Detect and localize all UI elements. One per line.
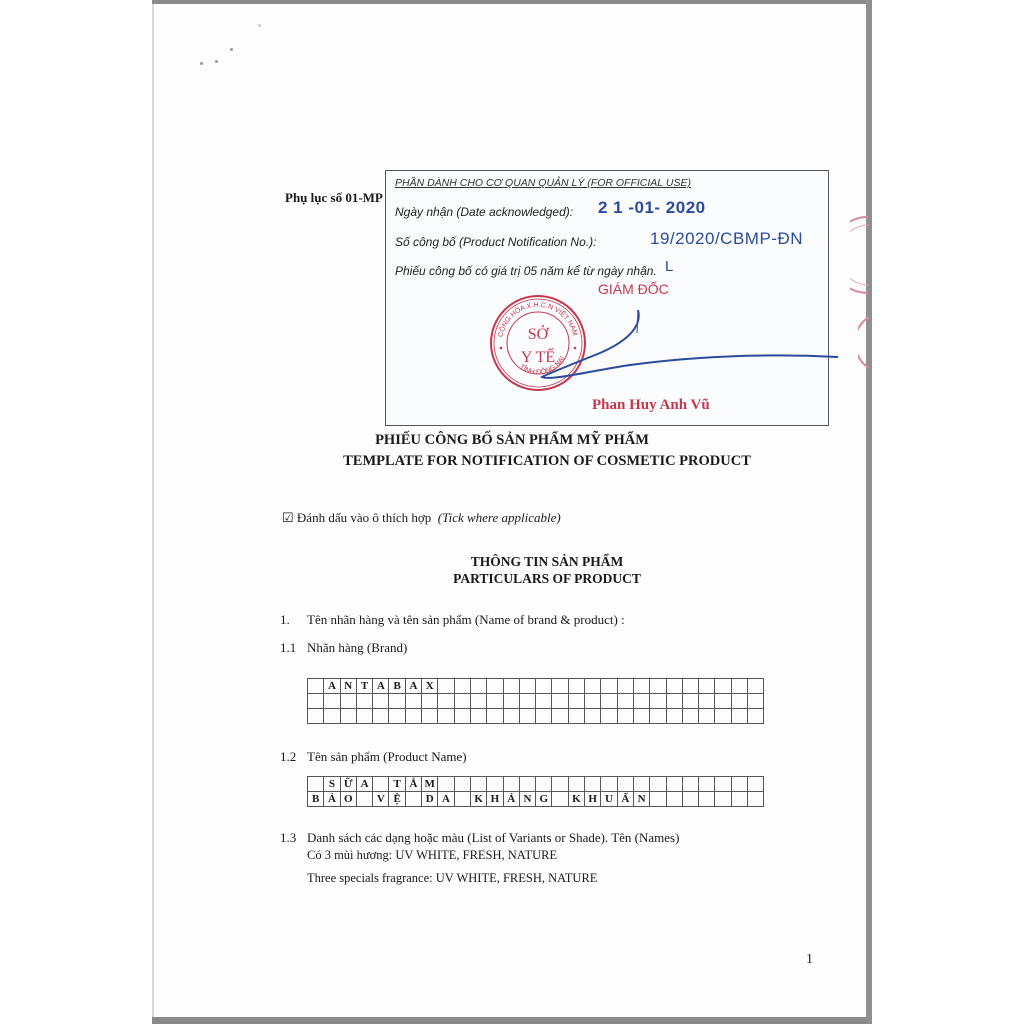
tick-note: ☑ Đánh dấu vào ô thích hợp (Tick where a…: [282, 510, 561, 526]
grid-cell: [715, 792, 731, 807]
grid-cell: [340, 694, 356, 709]
grid-cell: [503, 694, 519, 709]
grid-cell: [536, 679, 552, 694]
title-vietnamese: PHIẾU CÔNG BỐ SẢN PHẨM MỸ PHẨM: [0, 432, 1024, 449]
grid-cell: [503, 679, 519, 694]
grid-cell: [731, 777, 747, 792]
grid-cell: [503, 709, 519, 724]
grid-cell: [748, 694, 764, 709]
notification-number-label: Số công bố (Product Notification No.):: [395, 235, 596, 249]
grid-cell: [682, 694, 698, 709]
grid-cell: [633, 777, 649, 792]
grid-cell: [552, 709, 568, 724]
validity-text: Phiếu công bố có giá trị 05 năm kể từ ng…: [395, 264, 657, 278]
grid-cell: [519, 709, 535, 724]
grid-cell: X: [422, 679, 438, 694]
grid-cell: [373, 694, 389, 709]
grid-row: SỮATẮM: [308, 777, 764, 792]
grid-cell: [650, 709, 666, 724]
signature-icon: [520, 305, 840, 395]
item-1-2-number: 1.2: [280, 749, 296, 765]
grid-cell: [731, 679, 747, 694]
grid-cell: [422, 709, 438, 724]
grid-cell: [536, 709, 552, 724]
grid-cell: [568, 777, 584, 792]
grid-cell: [699, 792, 715, 807]
grid-cell: [308, 709, 324, 724]
grid-cell: [470, 694, 486, 709]
grid-cell: [748, 777, 764, 792]
grid-cell: [585, 694, 601, 709]
grid-cell: [682, 777, 698, 792]
page-number: 1: [806, 952, 813, 968]
grid-cell: [536, 777, 552, 792]
partial-seal-icon: [850, 215, 870, 295]
grid-cell: [617, 694, 633, 709]
grid-cell: [405, 709, 421, 724]
grid-cell: A: [373, 679, 389, 694]
grid-cell: [633, 694, 649, 709]
grid-row: BẢOVỆDAKHÁNGKHUẨN: [308, 792, 764, 807]
grid-cell: [666, 709, 682, 724]
grid-cell: [356, 694, 372, 709]
variants-english: Three specials fragrance: UV WHITE, FRES…: [307, 871, 597, 886]
grid-cell: T: [356, 679, 372, 694]
grid-cell: G: [536, 792, 552, 807]
grid-cell: [438, 777, 454, 792]
grid-cell: [585, 679, 601, 694]
brand-grid: ANTABAX: [307, 678, 764, 724]
grid-cell: H: [487, 792, 503, 807]
grid-cell: Ữ: [340, 777, 356, 792]
grid-cell: [748, 709, 764, 724]
grid-cell: O: [340, 792, 356, 807]
grid-cell: [715, 709, 731, 724]
grid-cell: N: [340, 679, 356, 694]
grid-cell: [438, 694, 454, 709]
grid-cell: [389, 694, 405, 709]
grid-cell: [699, 694, 715, 709]
grid-cell: V: [373, 792, 389, 807]
grid-cell: Ẩ: [617, 792, 633, 807]
section-title-english: PARTICULARS OF PRODUCT: [0, 571, 1024, 587]
grid-cell: [568, 679, 584, 694]
grid-cell: [308, 679, 324, 694]
grid-cell: [682, 709, 698, 724]
grid-cell: [324, 709, 340, 724]
grid-cell: [340, 709, 356, 724]
grid-cell: [454, 709, 470, 724]
grid-cell: [552, 694, 568, 709]
item-1-text: Tên nhãn hàng và tên sản phẩm (Name of b…: [307, 612, 625, 628]
item-1-1-text: Nhãn hàng (Brand): [307, 640, 407, 656]
grid-cell: [650, 694, 666, 709]
grid-cell: [308, 777, 324, 792]
grid-cell: [666, 679, 682, 694]
grid-cell: [438, 679, 454, 694]
grid-cell: [470, 679, 486, 694]
position-title: GIÁM ĐỐC: [598, 281, 669, 297]
grid-cell: [715, 679, 731, 694]
grid-cell: [568, 694, 584, 709]
grid-cell: [601, 679, 617, 694]
grid-row: ANTABAX: [308, 679, 764, 694]
partial-seal-icon: [858, 315, 870, 370]
item-1-2-text: Tên sản phẩm (Product Name): [307, 749, 467, 765]
grid-cell: [585, 709, 601, 724]
grid-cell: A: [438, 792, 454, 807]
grid-cell: [454, 694, 470, 709]
grid-cell: [324, 694, 340, 709]
variants-vietnamese: Có 3 mùi hương: UV WHITE, FRESH, NATURE: [307, 848, 557, 863]
grid-cell: [715, 694, 731, 709]
grid-cell: U: [601, 792, 617, 807]
grid-cell: [568, 709, 584, 724]
grid-cell: [633, 679, 649, 694]
grid-cell: Á: [503, 792, 519, 807]
checkbox-checked-icon: ☑: [282, 510, 294, 525]
tick-note-en: (Tick where applicable): [438, 510, 561, 525]
grid-cell: [519, 694, 535, 709]
grid-cell: [585, 777, 601, 792]
grid-cell: [356, 709, 372, 724]
grid-cell: T: [389, 777, 405, 792]
signer-name: Phan Huy Anh Vũ: [592, 397, 710, 414]
grid-cell: H: [585, 792, 601, 807]
item-1-number: 1.: [280, 612, 290, 628]
grid-cell: [666, 792, 682, 807]
grid-cell: [617, 777, 633, 792]
grid-cell: [633, 709, 649, 724]
item-1-3-text: Danh sách các dạng hoặc màu (List of Var…: [307, 830, 679, 846]
annex-label: Phụ lục số 01-MP: [285, 190, 383, 206]
grid-cell: [454, 777, 470, 792]
grid-cell: [487, 694, 503, 709]
scan-edge-right: [866, 0, 872, 1024]
grid-cell: [699, 777, 715, 792]
grid-row: [308, 694, 764, 709]
grid-cell: [601, 777, 617, 792]
grid-cell: Ệ: [389, 792, 405, 807]
grid-cell: [356, 792, 372, 807]
grid-cell: [487, 777, 503, 792]
grid-cell: [731, 792, 747, 807]
official-use-header: PHẦN DÀNH CHO CƠ QUAN QUẢN LÝ (FOR OFFIC…: [395, 177, 691, 189]
grid-cell: [748, 679, 764, 694]
grid-cell: N: [633, 792, 649, 807]
scan-edge-bottom: [152, 1017, 868, 1024]
grid-row: [308, 709, 764, 724]
item-1-3-number: 1.3: [280, 830, 296, 846]
grid-cell: M: [422, 777, 438, 792]
initial-mark: L: [665, 258, 674, 275]
grid-cell: A: [356, 777, 372, 792]
grid-cell: K: [470, 792, 486, 807]
grid-cell: [373, 777, 389, 792]
item-1-1-number: 1.1: [280, 640, 296, 656]
grid-cell: [405, 792, 421, 807]
grid-cell: [405, 694, 421, 709]
grid-cell: [650, 792, 666, 807]
grid-cell: [748, 792, 764, 807]
grid-cell: [731, 694, 747, 709]
grid-cell: [536, 694, 552, 709]
grid-cell: [519, 679, 535, 694]
notification-number-value: 19/2020/CBMP-ĐN: [650, 229, 803, 249]
grid-cell: [699, 709, 715, 724]
grid-cell: [601, 709, 617, 724]
grid-cell: [731, 709, 747, 724]
grid-cell: [438, 709, 454, 724]
grid-cell: [503, 777, 519, 792]
grid-cell: B: [308, 792, 324, 807]
grid-cell: [470, 709, 486, 724]
grid-cell: [487, 709, 503, 724]
grid-cell: A: [324, 679, 340, 694]
grid-cell: K: [568, 792, 584, 807]
grid-cell: B: [389, 679, 405, 694]
grid-cell: Ả: [324, 792, 340, 807]
grid-cell: N: [519, 792, 535, 807]
grid-cell: [682, 792, 698, 807]
grid-cell: [650, 777, 666, 792]
grid-cell: [373, 709, 389, 724]
title-english: TEMPLATE FOR NOTIFICATION OF COSMETIC PR…: [0, 453, 1024, 470]
section-title-vietnamese: THÔNG TIN SẢN PHẨM: [0, 554, 1024, 570]
grid-cell: [666, 694, 682, 709]
grid-cell: [552, 679, 568, 694]
grid-cell: [470, 777, 486, 792]
grid-cell: [650, 679, 666, 694]
grid-cell: [617, 679, 633, 694]
grid-cell: [519, 777, 535, 792]
grid-cell: [666, 777, 682, 792]
grid-cell: [682, 679, 698, 694]
grid-cell: [308, 694, 324, 709]
grid-cell: [552, 777, 568, 792]
grid-cell: [617, 709, 633, 724]
grid-cell: [715, 777, 731, 792]
grid-cell: S: [324, 777, 340, 792]
date-acknowledged-label: Ngày nhận (Date acknowledged):: [395, 205, 573, 219]
product-name-grid: SỮATẮMBẢOVỆDAKHÁNGKHUẨN: [307, 776, 764, 807]
grid-cell: Ắ: [405, 777, 421, 792]
grid-cell: [487, 679, 503, 694]
grid-cell: [552, 792, 568, 807]
grid-cell: [422, 694, 438, 709]
grid-cell: [454, 679, 470, 694]
tick-note-vi: Đánh dấu vào ô thích hợp: [297, 510, 431, 525]
grid-cell: [389, 709, 405, 724]
grid-cell: D: [422, 792, 438, 807]
grid-cell: [454, 792, 470, 807]
grid-cell: [601, 694, 617, 709]
grid-cell: A: [405, 679, 421, 694]
grid-cell: [699, 679, 715, 694]
date-acknowledged-value: 2 1 -01- 2020: [598, 198, 706, 218]
